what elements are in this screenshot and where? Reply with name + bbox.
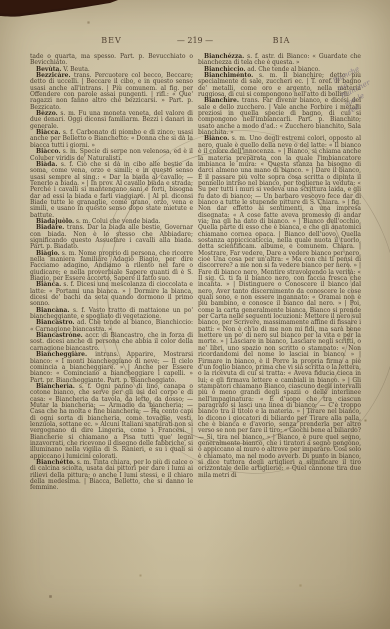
- dictionary-entry: Biàgio. s. m. Nome proprio di persona, c…: [30, 251, 193, 283]
- dictionary-entry: Bianchétto. s. m. Tinta chiara, per lo p…: [30, 460, 193, 492]
- dictionary-entry: Bianchìre. trans. Far divenir bianco, e …: [198, 98, 361, 136]
- dictionary-entry: Biànca. s. f. Dicesi una mescolanza di c…: [30, 282, 193, 307]
- text-block: tade o quarta, ma spesso. Part. p. Bevuc…: [30, 54, 361, 492]
- running-head: BEV — 219 — BIA: [0, 36, 390, 48]
- entry-body: tade o quarta, ma spesso. Part. p. Bevuc…: [30, 53, 193, 66]
- dictionary-entry: Biàcca. s. f. Carbonato di piombo e di z…: [30, 130, 193, 149]
- dictionary-entry: Biànco. s. m. Uno degli estremi colori, …: [198, 136, 361, 479]
- dictionary-entry: Biàda. s. f. Ciò che si dà in cibo alle …: [30, 162, 193, 219]
- right-column: Bianchézza. s. f. astr. di Bianco: « Gua…: [198, 54, 361, 492]
- dictionary-entry: Bezzicàre. trans. Percuotere col becco, …: [30, 73, 193, 111]
- dictionary-entry: Biancheggiàre. intrans. Apparire, Mostra…: [30, 352, 193, 384]
- running-head-right: BIA: [200, 36, 363, 45]
- paper-specks: [0, 0, 1, 1]
- dictionary-entry: Bèzzo. s. m. Fu una moneta veneta, del v…: [30, 111, 193, 130]
- dictionary-entry: Biadàre. trans. Dar la biada alle bestie…: [30, 225, 193, 250]
- entry-body: trans. Percuotere col becco, Beccare; de…: [30, 72, 193, 111]
- entry-body: s. f. Ciò che si dà in cibo alle bestie …: [30, 161, 193, 219]
- scanned-dictionary-page: BEV — 219 — BIA tade o quarta, ma spesso…: [0, 0, 390, 629]
- left-column: tade o quarta, ma spesso. Part. p. Bevuc…: [30, 54, 193, 492]
- scan-edge-stain: [0, 0, 130, 22]
- entry-body: s. f. Ogni panno di lino, canapa o coton…: [30, 383, 193, 460]
- dictionary-entry: Biancherìa. s. f. Ogni panno di lino, ca…: [30, 384, 193, 460]
- entry-body: s. m. Uno degli estremi colori, opposto …: [198, 135, 361, 478]
- entry-body: trans. Far divenir bianco, e dicesi del …: [198, 97, 361, 136]
- dictionary-entry: Biancastróne. accr. di Biancastro, che i…: [30, 333, 193, 352]
